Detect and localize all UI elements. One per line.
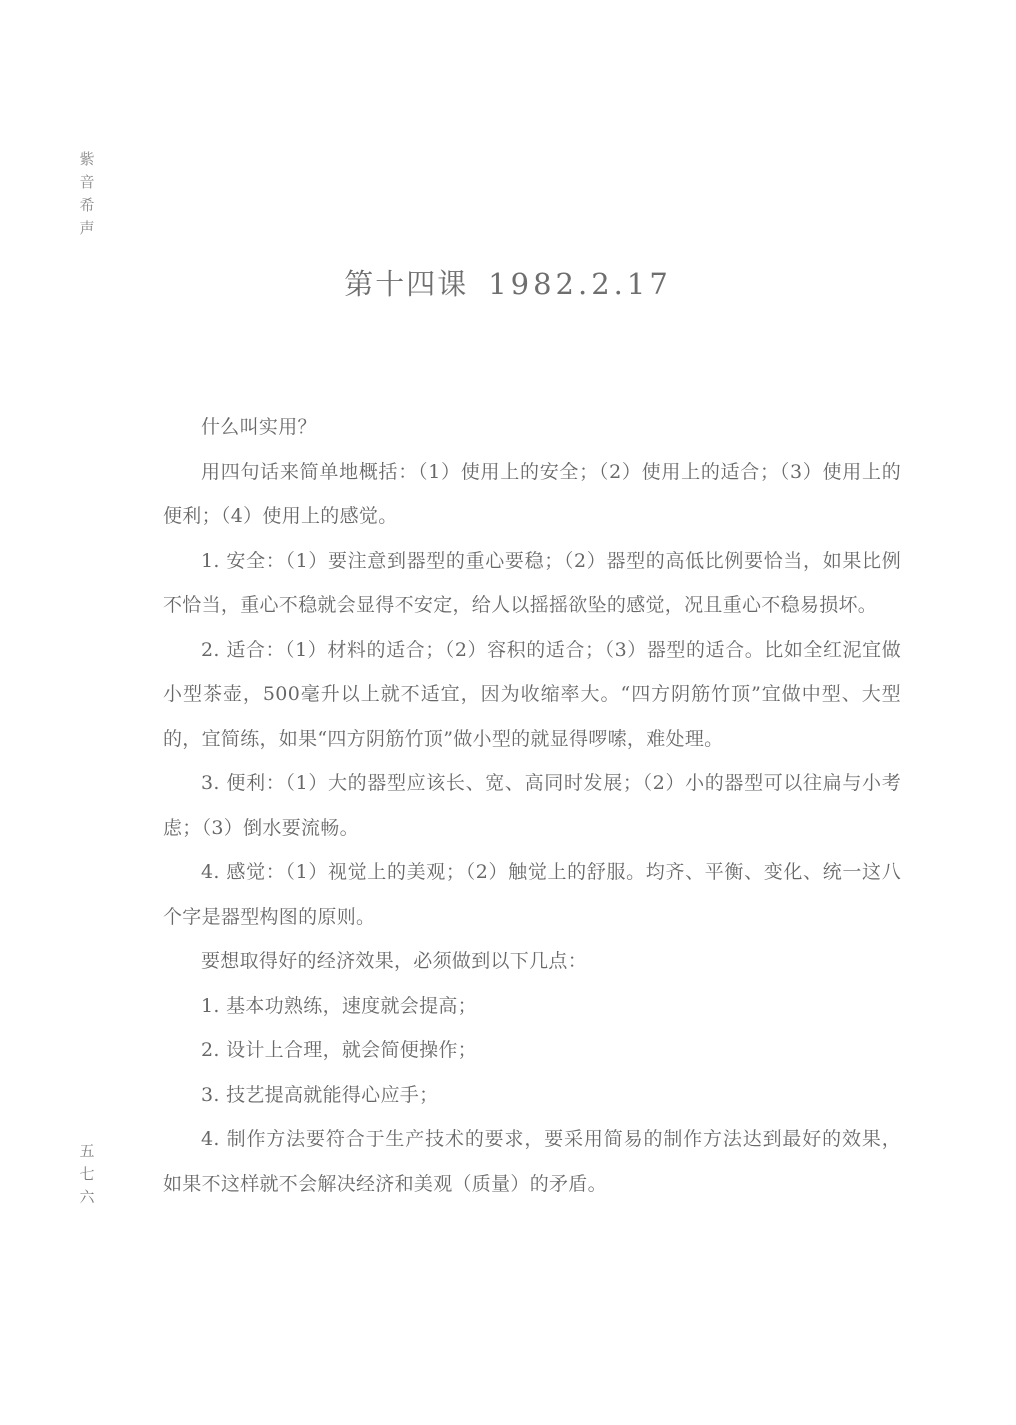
body-text: 什么叫实用？ 用四句话来简单地概括：（1）使用上的安全；（2）使用上的适合；（3… <box>163 405 901 1206</box>
paragraph-economic-intro: 要想取得好的经济效果，必须做到以下几点： <box>163 939 901 984</box>
list-item-economic-2: 2. 设计上合理，就会简便操作； <box>163 1028 901 1073</box>
running-head-char: 声 <box>76 217 98 240</box>
paragraph-safety: 1. 安全：（1）要注意到器型的重心要稳；（2）器型的高低比例要恰当，如果比例不… <box>163 539 901 628</box>
list-item-economic-1: 1. 基本功熟练，速度就会提高； <box>163 984 901 1029</box>
paragraph-summary: 用四句话来简单地概括：（1）使用上的安全；（2）使用上的适合；（3）使用上的便利… <box>163 450 901 539</box>
running-head-char: 音 <box>76 171 98 194</box>
page-number-char: 七 <box>76 1163 98 1186</box>
list-item-economic-3: 3. 技艺提高就能得心应手； <box>163 1073 901 1118</box>
page-number-char: 六 <box>76 1186 98 1209</box>
paragraph-convenience: 3. 便利：（1）大的器型应该长、宽、高同时发展；（2）小的器型可以往扁与小考虑… <box>163 761 901 850</box>
running-head-char: 紫 <box>76 148 98 171</box>
chapter-title-text: 第十四课 <box>344 267 468 301</box>
page-number-char: 五 <box>76 1140 98 1163</box>
paragraph-suitability: 2. 适合：（1）材料的适合；（2）容积的适合；（3）器型的适合。比如全红泥宜做… <box>163 628 901 762</box>
chapter-title: 第十四课1982.2.17 <box>0 262 1016 303</box>
running-head-book-title: 紫 音 希 声 <box>76 148 98 240</box>
running-head-char: 希 <box>76 194 98 217</box>
paragraph-question: 什么叫实用？ <box>163 405 901 450</box>
paragraph-feeling: 4. 感觉：（1）视觉上的美观；（2）触觉上的舒服。均齐、平衡、变化、统一这八个… <box>163 850 901 939</box>
chapter-date: 1982.2.17 <box>488 267 672 301</box>
list-item-economic-4: 4. 制作方法要符合于生产技术的要求，要采用简易的制作方法达到最好的效果，如果不… <box>163 1117 901 1206</box>
page-number: 五 七 六 <box>76 1140 98 1209</box>
